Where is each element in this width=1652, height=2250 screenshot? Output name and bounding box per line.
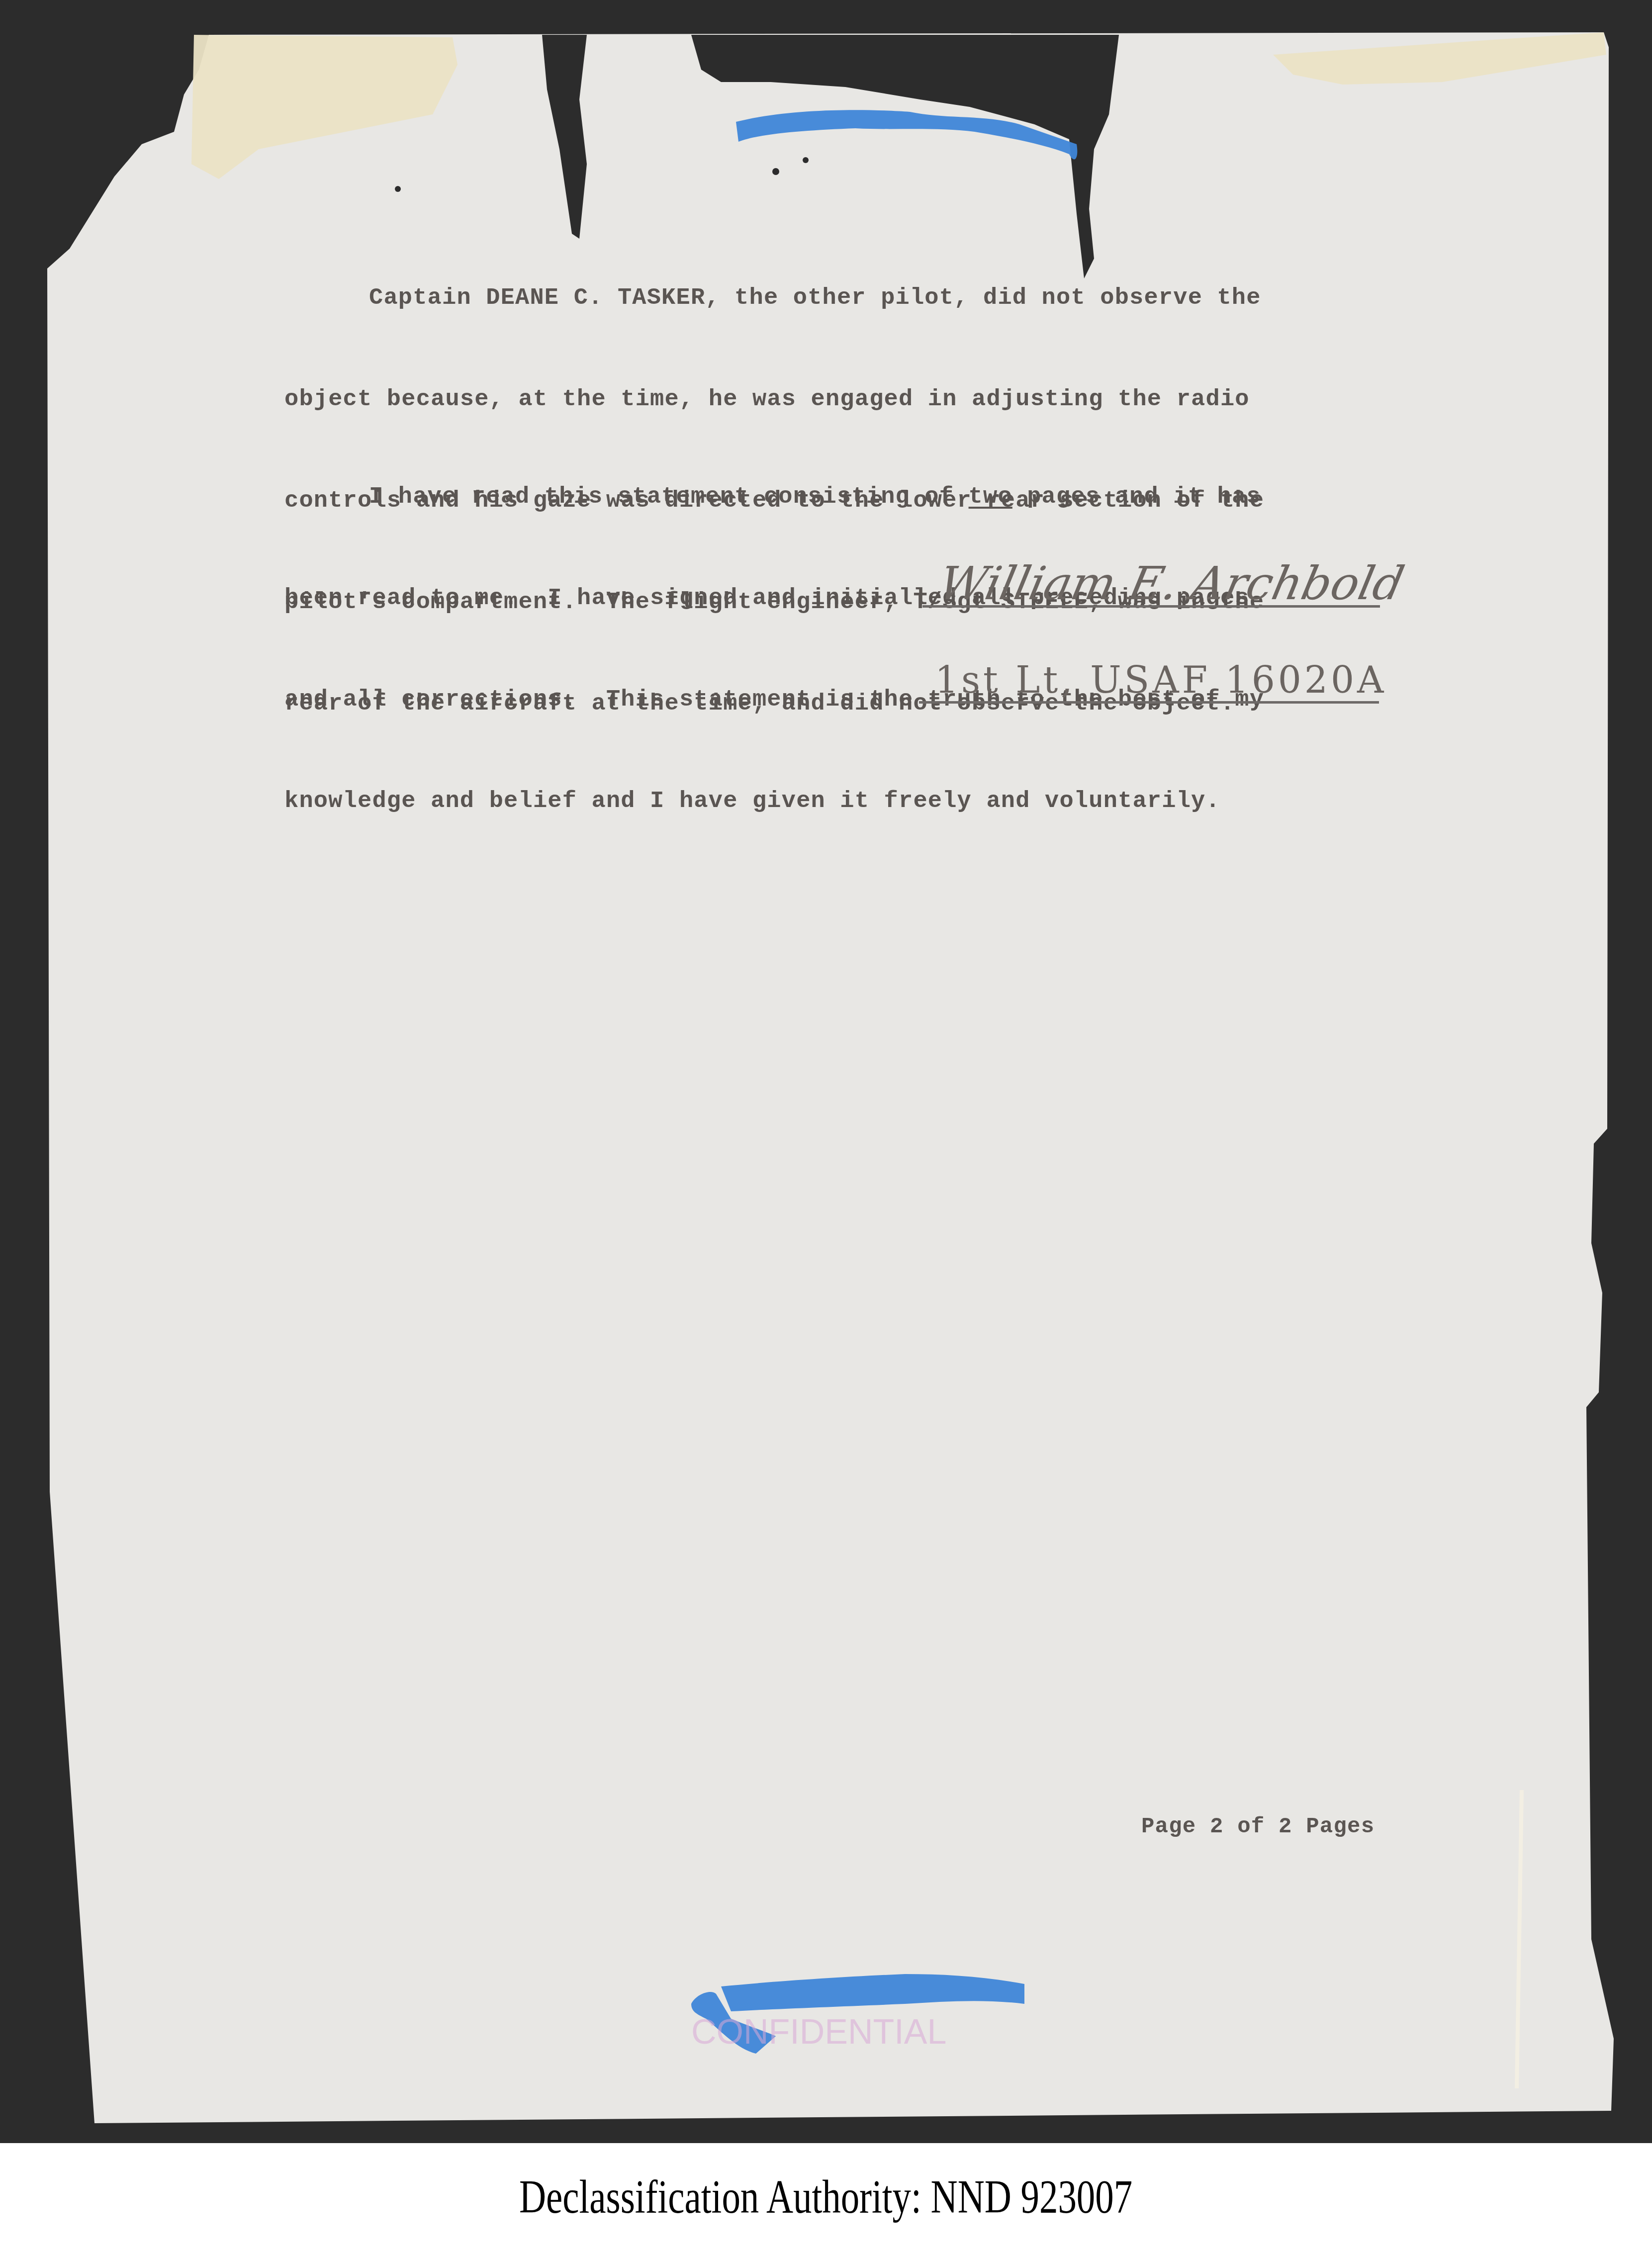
text-line: I have read this statement consisting of… — [284, 480, 1264, 514]
rank-and-serial: 1st Lt, USAF 16020A — [935, 659, 1386, 702]
signature-line — [922, 605, 1380, 608]
text-line: knowledge and belief and I have given it… — [284, 785, 1264, 818]
paragraph-2: I have read this statement consisting of… — [284, 413, 1264, 886]
text-line: object because, at the time, he was enga… — [284, 383, 1264, 417]
footer-bar: Declassification Authority: NND 923007 — [0, 2143, 1652, 2250]
signature: William E. Archbold — [934, 557, 1409, 610]
text-line: Captain DEANE C. TASKER, the other pilot… — [284, 281, 1264, 315]
text-segment: pages and it has — [1012, 484, 1261, 510]
underlined-word: two — [969, 484, 1012, 510]
scanned-document-image: CONFIDENTIAL Captain DEANE C. TASKER, th… — [0, 0, 1652, 2143]
declassification-authority: Declassification Authority: NND 923007 — [519, 2169, 1132, 2224]
rank-line-rule — [919, 701, 1379, 704]
text-segment: I have read this statement consisting of — [369, 484, 969, 510]
faint-stamp-text: CONFIDENTIAL — [691, 2012, 946, 2051]
page-number: Page 2 of 2 Pages — [1141, 1810, 1375, 1844]
